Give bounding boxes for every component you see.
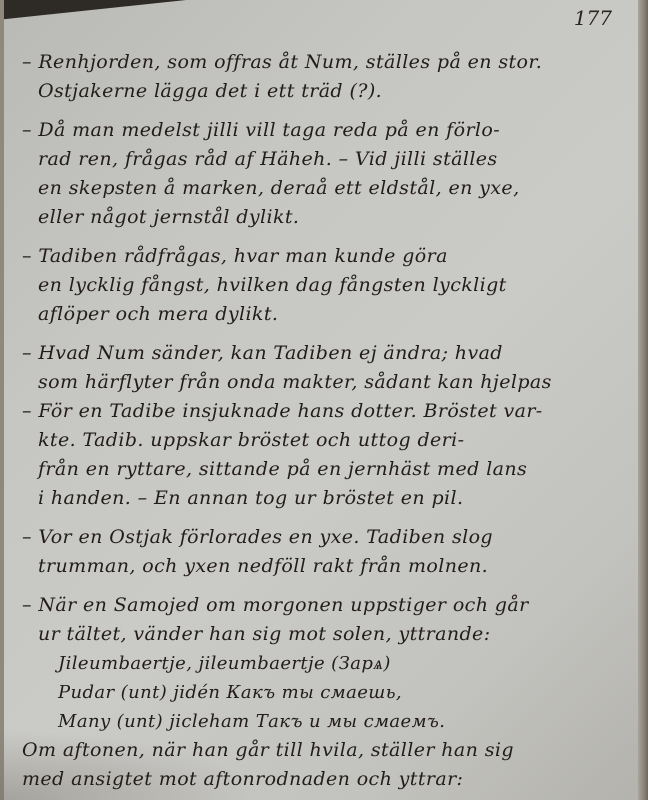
- text-line: – Då man medelst jilli vill taga reda på…: [22, 116, 622, 145]
- page-number: 177: [574, 6, 612, 30]
- manuscript-entries: – Renhjorden, som offras åt Num, ställes…: [22, 48, 622, 794]
- verse-line: Pudar (unt) jidén Какъ ты смаешь,: [22, 678, 622, 707]
- text-line: i handen. – En annan tog ur bröstet en p…: [22, 484, 622, 513]
- text-line: rad ren, frågas råd af Häheh. – Vid jill…: [22, 145, 622, 174]
- text-line: trumman, och yxen nedföll rakt från moln…: [22, 552, 622, 581]
- text-line: aflöper och mera dylikt.: [22, 300, 622, 329]
- text-line: som härflyter från onda makter, sådant k…: [22, 368, 622, 397]
- text-line: – Hvad Num sänder, kan Tadiben ej ändra;…: [22, 339, 622, 368]
- manuscript-page: 177 – Renhjorden, som offras åt Num, stä…: [0, 0, 648, 800]
- text-line: – Tadiben rådfrågas, hvar man kunde göra: [22, 242, 622, 271]
- text-line: Ostjakerne lägga det i ett träd (?).: [22, 77, 622, 106]
- text-line: – När en Samojed om morgonen uppstiger o…: [22, 591, 622, 620]
- text-line: – Renhjorden, som offras åt Num, ställes…: [22, 48, 622, 77]
- text-line: från en ryttare, sittande på en jernhäst…: [22, 455, 622, 484]
- text-line: eller något jernstål dylikt.: [22, 203, 622, 232]
- verse-line: Many (unt) jicleham Такъ и мы смаемъ.: [22, 707, 622, 736]
- text-line: en lycklig fångst, hvilken dag fångsten …: [22, 271, 622, 300]
- text-line: med ansigtet mot aftonrodnaden och yttra…: [22, 765, 622, 794]
- text-line: kte. Tadib. uppskar bröstet och uttog de…: [22, 426, 622, 455]
- text-line: en skepsten å marken, deraå ett eldstål,…: [22, 174, 622, 203]
- text-line: Om aftonen, när han går till hvila, stäl…: [22, 736, 622, 765]
- page-gutter: [0, 0, 4, 800]
- text-line: ur tältet, vänder han sig mot solen, ytt…: [22, 620, 622, 649]
- verse-line: Jileumbaertje, jileumbaertje (Зарѧ): [22, 649, 622, 678]
- text-line: – Vor en Ostjak förlorades en yxe. Tadib…: [22, 523, 622, 552]
- text-line: – För en Tadibe insjuknade hans dotter. …: [22, 397, 622, 426]
